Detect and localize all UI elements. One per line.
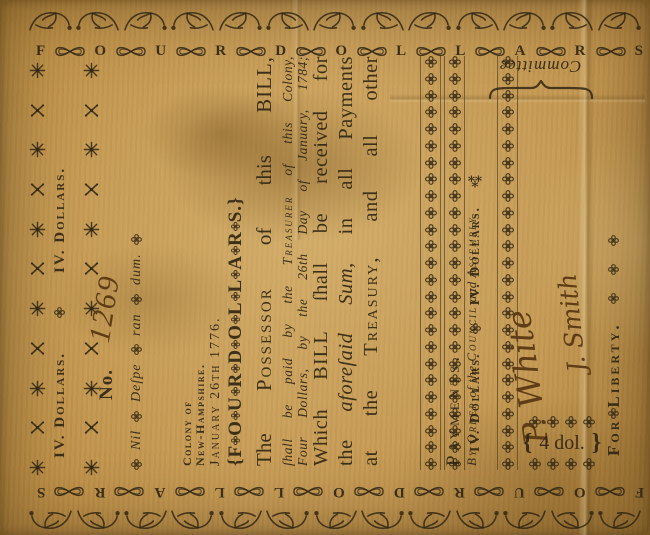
floral-sprig-icon xyxy=(123,7,168,33)
x-cross-ornament-icon xyxy=(29,261,46,276)
body-text: aforeſaid Sum, xyxy=(335,262,357,411)
close-brace: } xyxy=(225,196,246,205)
left-star-chain xyxy=(26,62,48,476)
floral-sprig-icon xyxy=(502,7,547,33)
border-letter: S xyxy=(36,484,45,501)
floret-icon xyxy=(449,106,461,118)
floral-sprig-icon xyxy=(597,7,642,33)
floret-icon xyxy=(232,387,241,396)
floret-icon xyxy=(609,235,620,246)
floret-icon xyxy=(425,224,437,236)
colony-line: Colony of xyxy=(180,56,193,466)
floret-icon xyxy=(425,106,437,118)
floral-sprig-icon xyxy=(549,7,594,33)
committee-label: Committee xyxy=(482,52,598,76)
floret-icon xyxy=(609,235,620,246)
denomination-letter: L xyxy=(225,279,246,293)
open-brace: { xyxy=(225,458,246,467)
star-ornament-icon xyxy=(29,300,46,317)
body-text: ſhall be received for xyxy=(310,56,332,330)
floret-icon xyxy=(449,190,461,202)
swirl-knot-icon xyxy=(472,485,506,500)
floral-sprig-icon xyxy=(502,508,547,534)
floret-icon xyxy=(425,374,437,386)
floret-icon xyxy=(425,358,437,370)
floret-icon xyxy=(547,458,559,470)
floret-icon xyxy=(132,411,143,422)
swirl-knot-icon xyxy=(52,485,86,500)
serial-prefix: No. xyxy=(96,369,117,400)
denomination-letter: L xyxy=(225,301,246,315)
date-line: January 26th 1776. xyxy=(208,56,225,466)
denomination-letter: F xyxy=(225,445,246,458)
swirl-knot-icon xyxy=(532,485,566,500)
body-text: of this Colony, xyxy=(280,56,295,196)
floral-sprig-icon xyxy=(312,7,357,33)
x-cross-ornament-icon xyxy=(29,341,46,356)
border-letter: F xyxy=(634,484,644,501)
body-text: BILL, xyxy=(252,56,276,113)
top-floral-border xyxy=(28,5,642,35)
motto-text: dum. xyxy=(129,254,144,286)
body-text: the xyxy=(335,412,357,466)
floret-icon xyxy=(232,246,241,255)
floral-sprig-icon xyxy=(360,7,405,33)
floret-icon xyxy=(609,293,620,304)
floret-icon xyxy=(449,257,461,269)
floret-icon xyxy=(565,458,577,470)
floret-icon xyxy=(55,307,66,318)
body-text: Possessor xyxy=(252,287,276,391)
floret-icon xyxy=(449,207,461,219)
denomination-letter: O xyxy=(225,420,246,436)
floret-icon xyxy=(449,408,461,420)
body-text: Treasury, xyxy=(360,256,382,356)
border-letter: L xyxy=(214,484,225,501)
border-letter: R xyxy=(94,484,106,501)
body-text: in all Payments xyxy=(335,56,357,262)
possessor-line: The Possessor of this BILL, xyxy=(252,56,280,466)
banknote-scan: { "colors": {"paper": "#c49751", "ink": … xyxy=(0,0,650,535)
floral-sprig-icon xyxy=(170,7,215,33)
bottom-denomination-letter-row: FOURDOLLARS xyxy=(32,476,648,508)
denomination-letter: R xyxy=(225,373,246,388)
body-text: Which xyxy=(310,380,332,466)
floret-icon xyxy=(449,274,461,286)
x-cross-ornament-icon xyxy=(83,420,100,435)
swirl-knot-icon xyxy=(412,485,446,500)
swirl-knot-icon xyxy=(232,485,266,500)
body-text: BILL xyxy=(310,330,332,380)
floret-icon xyxy=(449,56,461,68)
floret-icon xyxy=(425,190,437,202)
treasury-line: at the Treasury, and all other xyxy=(360,56,385,466)
floral-sprig-icon xyxy=(75,7,120,33)
floret-icon xyxy=(232,292,241,301)
floret-icon xyxy=(425,173,437,185)
floret-icon xyxy=(449,441,461,453)
x-cross-ornament-icon xyxy=(83,103,100,118)
floret-icon xyxy=(425,408,437,420)
denomination-ornamental-line: {FOURDOLLARS.} xyxy=(225,56,252,466)
star-ornament-icon xyxy=(83,62,100,79)
liberty-word-1: For xyxy=(604,419,623,456)
swirl-knot-icon xyxy=(352,485,386,500)
floret-icon xyxy=(425,257,437,269)
floral-sprig-icon xyxy=(218,508,263,534)
swirl-knot-icon xyxy=(53,44,87,59)
denomination-letter: R xyxy=(225,231,246,246)
floret-icon xyxy=(449,324,461,336)
floret-icon xyxy=(449,240,461,252)
close-brace: } xyxy=(592,430,601,457)
denomination-letter: D xyxy=(225,349,246,364)
floret-icon xyxy=(232,315,241,324)
left-border-label-column: IV. Dollars.IV. Dollars. xyxy=(51,62,77,476)
floret-icon xyxy=(232,411,241,420)
received-line: Which BILL ſhall be received for xyxy=(310,56,335,466)
swirl-knot-icon xyxy=(173,485,207,500)
swirl-knot-icon xyxy=(112,485,146,500)
floral-sprig-icon xyxy=(407,508,452,534)
floral-sprig-icon xyxy=(550,508,595,534)
denom-box-bottom-ornaments xyxy=(529,458,595,470)
floret-icon xyxy=(425,324,437,336)
body-text: at the xyxy=(360,356,382,466)
floret-icon xyxy=(425,56,437,68)
floret-icon xyxy=(425,291,437,303)
floret-icon xyxy=(449,224,461,236)
floret-icon xyxy=(529,458,541,470)
floret-icon xyxy=(425,458,437,470)
floret-icon xyxy=(132,344,143,355)
floret-icon xyxy=(609,293,620,304)
floret-icon xyxy=(609,264,620,275)
floral-sprig-icon xyxy=(407,7,452,33)
liberty-word-2: Liberty. xyxy=(604,322,623,407)
floret-icon xyxy=(425,391,437,403)
floral-sprig-icon xyxy=(360,508,405,534)
province-line: New-Hampshire. xyxy=(193,56,208,466)
floret-icon xyxy=(609,408,620,419)
swirl-knot-icon xyxy=(593,485,627,500)
floret-icon xyxy=(449,358,461,370)
floret-icon xyxy=(547,416,559,428)
floral-sprig-icon xyxy=(455,7,500,33)
floret-icon xyxy=(425,73,437,85)
floret-icon xyxy=(449,291,461,303)
floret-icon xyxy=(583,458,595,470)
floret-icon xyxy=(425,123,437,135)
floret-icon xyxy=(232,436,241,445)
floret-icon xyxy=(583,416,595,428)
floret-icon xyxy=(449,374,461,386)
denom-box-top-ornaments xyxy=(529,416,595,428)
body-text: The xyxy=(252,391,276,466)
floret-icon xyxy=(132,294,143,305)
floret-icon xyxy=(425,425,437,437)
floral-sprig-icon xyxy=(265,508,310,534)
floret-icon xyxy=(529,416,541,428)
floret-icon xyxy=(425,140,437,152)
border-letter: D xyxy=(393,484,405,501)
floret-icon xyxy=(449,341,461,353)
denomination-letter: S. xyxy=(225,205,246,222)
floret-icon xyxy=(132,411,143,422)
floret-icon xyxy=(425,207,437,219)
motto-text: Deſpe xyxy=(129,364,144,402)
right-border-liberty-column: ForLiberty. xyxy=(604,54,634,474)
floral-sprig-icon xyxy=(597,508,642,534)
floral-sprig-icon xyxy=(28,7,73,33)
floret-icon xyxy=(449,157,461,169)
denomination-letter: A xyxy=(225,255,246,270)
border-letter: O xyxy=(94,43,107,60)
border-letter: O xyxy=(332,484,345,501)
floret-icon xyxy=(232,270,241,279)
floret-icon xyxy=(55,307,66,318)
floral-sprig-icon xyxy=(265,7,310,33)
denomination-value: 4 dol. xyxy=(539,432,585,455)
motto-text: ran xyxy=(129,313,144,335)
floret-icon xyxy=(425,157,437,169)
floret-icon xyxy=(232,222,241,231)
left-denomination-label: IV. Dollars. xyxy=(52,167,68,273)
floret-icon xyxy=(132,459,143,470)
denomination-letter: U xyxy=(225,396,246,411)
border-letter: A xyxy=(154,484,166,501)
band-denomination-label: IV. Dollars. xyxy=(468,206,483,306)
floret-icon xyxy=(449,307,461,319)
floret-icon xyxy=(471,324,482,335)
floret-icon xyxy=(132,459,143,470)
denomination-letter: O xyxy=(225,324,246,340)
floret-icon xyxy=(565,416,577,428)
floral-sprig-icon xyxy=(76,508,121,534)
border-letter: F xyxy=(36,43,46,60)
x-cross-ornament-icon xyxy=(29,182,46,197)
band-denomination-label: IV. Dollars. xyxy=(468,353,483,453)
floret-icon xyxy=(132,294,143,305)
x-cross-ornament-icon xyxy=(29,420,46,435)
paid-line: ſhall be paid by the Treasurer of this C… xyxy=(280,56,295,466)
star-ornament-icon xyxy=(83,459,100,476)
floret-icon xyxy=(132,234,143,245)
border-letter: L xyxy=(273,484,284,501)
border-letter: S xyxy=(635,43,644,60)
aforesaid-line: the aforeſaid Sum, in all Payments xyxy=(335,56,360,466)
left-denomination-label: IV. Dollars. xyxy=(52,352,68,458)
floret-icon xyxy=(449,458,461,470)
swirl-knot-icon xyxy=(291,485,325,500)
swirl-knot-icon xyxy=(114,44,148,59)
amount-line: Four Dollars, by the 26th Day of January… xyxy=(295,56,310,466)
floret-icon xyxy=(232,364,241,373)
denomination-box: { 4 dol. } xyxy=(512,416,612,470)
star-ornament-icon xyxy=(29,141,46,158)
floret-icon xyxy=(449,173,461,185)
x-cross-ornament-icon xyxy=(29,103,46,118)
star-ornament-icon xyxy=(83,141,100,158)
rosette-chain xyxy=(444,56,465,470)
handwritten-serial-number: 1269 xyxy=(83,272,127,344)
border-letter: R xyxy=(453,484,465,501)
floret-icon xyxy=(425,90,437,102)
rosette-chain xyxy=(420,56,441,470)
open-brace: { xyxy=(523,430,532,457)
motto-text: Nil xyxy=(129,430,144,450)
border-letter: U xyxy=(155,43,167,60)
border-letter: O xyxy=(573,484,586,501)
floret-icon xyxy=(425,307,437,319)
floret-icon xyxy=(425,441,437,453)
motto-column: Nil Deſpe ran dum. xyxy=(129,62,159,470)
floret-icon xyxy=(132,344,143,355)
floral-sprig-icon xyxy=(313,508,358,534)
floret-icon xyxy=(232,340,241,349)
star-ornament-icon xyxy=(29,459,46,476)
border-letter: U xyxy=(513,484,525,501)
floret-icon xyxy=(449,123,461,135)
floret-icon xyxy=(609,264,620,275)
bottom-floral-border xyxy=(28,507,642,535)
floret-icon xyxy=(471,324,482,335)
floret-icon xyxy=(425,240,437,252)
floral-sprig-icon xyxy=(218,7,263,33)
floret-icon xyxy=(425,274,437,286)
star-ornament-icon xyxy=(29,62,46,79)
floral-sprig-icon xyxy=(455,508,500,534)
floret-icon xyxy=(609,408,620,419)
floret-icon xyxy=(132,234,143,245)
floret-icon xyxy=(449,425,461,437)
body-text: of this xyxy=(252,113,276,287)
floret-icon xyxy=(449,140,461,152)
body-text: ſhall be paid by the xyxy=(280,265,295,466)
floral-sprig-icon xyxy=(123,508,168,534)
floret-icon xyxy=(449,73,461,85)
floret-icon xyxy=(425,341,437,353)
floret-icon xyxy=(449,90,461,102)
denomination-value-row: { 4 dol. } xyxy=(523,430,602,457)
floral-sprig-icon xyxy=(28,508,73,534)
floral-sprig-icon xyxy=(170,508,215,534)
floret-icon xyxy=(449,391,461,403)
body-text: and all other xyxy=(360,56,382,256)
body-text: Treasurer xyxy=(280,196,295,266)
star-ornament-icon xyxy=(29,380,46,397)
star-ornament-icon xyxy=(29,221,46,238)
